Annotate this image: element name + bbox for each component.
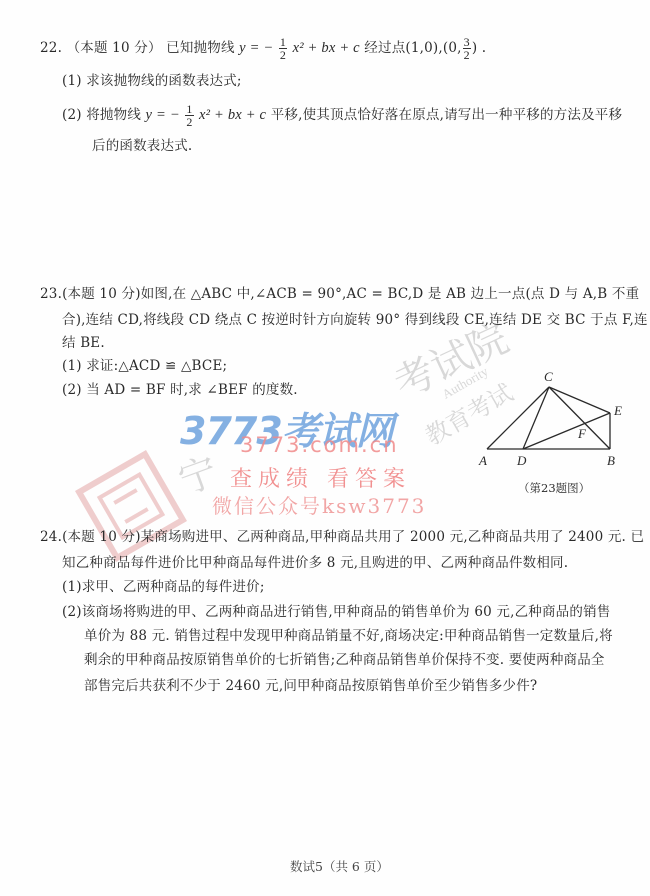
- q24-part-2-line-4: 部售完后共获利不少于 2460 元,问甲种商品按原销售单价至少销售多少件?: [84, 677, 537, 695]
- point-label-a: A: [478, 453, 487, 468]
- stem-text: 某商场购进甲、乙两种商品,甲种商品共用了 2000 元,乙种商品共用了 2400…: [141, 529, 645, 545]
- stem-text: 如图,在 △ABC 中,∠ACB = 90°,AC = BC,D 是 AB 边上…: [141, 286, 640, 302]
- part-text-suffix: 平移,使其顶点恰好落在原点,请写出一种平移的方法及平移: [271, 107, 622, 123]
- q22-point-fraction: 32: [463, 36, 471, 61]
- part-label: (2): [62, 382, 82, 398]
- q24-part-2-line-2: 单价为 88 元. 销售过程中发现甲种商品销量不好,商场决定:甲种商品销售一定数…: [84, 627, 613, 645]
- page-footer: 数试5（共 6 页）: [290, 857, 389, 875]
- part-text: 求该抛物线的函数表达式;: [86, 73, 241, 89]
- frac-den: 2: [463, 49, 471, 61]
- watermark-grey-ning: 宁: [170, 440, 225, 505]
- part-label: (1): [62, 73, 82, 89]
- point-label-d: D: [516, 453, 527, 468]
- frac-den: 2: [279, 49, 287, 61]
- q23-stem-line-2: 合),连结 CD,将线段 CD 绕点 C 按逆时针方向旋转 90° 得到线段 C…: [62, 311, 648, 329]
- part-fraction: 12: [185, 103, 193, 128]
- watermark-wechat: 微信公众号ksw3773: [212, 490, 426, 519]
- part-label: (2): [62, 604, 82, 620]
- q22-stem: 22. （本题 10 分） 已知抛物线 y = − 12 x² + bx + c…: [40, 36, 486, 61]
- q23-part-1: (1) 求证:△ACD ≌ △BCE;: [62, 357, 227, 375]
- q24-number: 24.: [40, 529, 62, 545]
- q22-stem-end: ) .: [472, 40, 486, 56]
- formula-lhs: y = −: [146, 107, 180, 123]
- part-text: 该商场将购进的甲、乙两种商品进行销售,甲种商品的销售单价为 60 元,乙种商品的…: [82, 604, 611, 620]
- watermark-logo: 3773考试网: [180, 400, 393, 455]
- q24-score: (本题 10 分): [62, 529, 141, 545]
- q24-part-2-line-1: (2)该商场将购进的甲、乙两种商品进行销售,甲种商品的销售单价为 60 元,乙种…: [62, 603, 610, 621]
- q22-part-1: (1) 求该抛物线的函数表达式;: [62, 72, 242, 90]
- part-label: (1): [62, 358, 82, 374]
- q22-score: （本题 10 分）: [67, 40, 162, 56]
- formula-rest: x² + bx + c: [199, 107, 266, 123]
- watermark-slogan: 查成绩 看答案: [230, 462, 411, 493]
- frac-den: 2: [185, 116, 193, 128]
- q22-stem-prefix: 已知抛物线: [166, 40, 235, 56]
- part-label: (2): [62, 107, 82, 123]
- q24-part-1: (1)求甲、乙两种商品的每件进价;: [62, 578, 265, 596]
- q23-number: 23.: [40, 286, 62, 302]
- q23-score: (本题 10 分): [62, 286, 141, 302]
- q24-stem-line-2: 知乙种商品每件进价比甲种商品每件进价多 8 元,且购进的甲、乙两种商品件数相同.: [62, 554, 568, 572]
- figure-caption: （第23题图）: [518, 480, 590, 496]
- point-label-b: B: [607, 453, 615, 468]
- part-text: 求证:△ACD ≌ △BCE;: [86, 358, 227, 374]
- q23-part-2: (2) 当 AD = BF 时,求 ∠BEF 的度数.: [62, 381, 298, 399]
- q22-fraction: 12: [279, 36, 287, 61]
- q22-formula-rest: x² + bx + c: [293, 40, 360, 56]
- q23-stem-line-3: 结 BE.: [62, 334, 105, 352]
- q22-formula-lhs: y = −: [239, 40, 273, 56]
- q22-number: 22.: [40, 40, 62, 56]
- q24-stem-line-1: 24.(本题 10 分)某商场购进甲、乙两种商品,甲种商品共用了 2000 元,…: [40, 528, 644, 546]
- part-text: 当 AD = BF 时,求 ∠BEF 的度数.: [86, 382, 298, 398]
- q22-part-2-continuation: 后的函数表达式.: [92, 137, 192, 155]
- part-label: (1): [62, 579, 82, 595]
- point-label-f: F: [577, 426, 587, 441]
- part-text: 求甲、乙两种商品的每件进价;: [82, 579, 265, 595]
- watermark-url: 3773.com.cn: [240, 433, 399, 457]
- q23-figure: C A D B E F: [470, 365, 640, 475]
- point-label-c: C: [544, 369, 553, 384]
- part-text-prefix: 将抛物线: [86, 107, 141, 123]
- q22-stem-mid: 经过点(1,0),(0,: [364, 40, 461, 56]
- q23-stem-line-1: 23.(本题 10 分)如图,在 △ABC 中,∠ACB = 90°,AC = …: [40, 285, 639, 303]
- q24-part-2-line-3: 剩余的甲种商品按原销售单价的七折销售;乙种商品销售单价保持不变. 要使两种商品全: [84, 651, 605, 669]
- q22-part-2: (2) 将抛物线 y = − 12 x² + bx + c 平移,使其顶点恰好落…: [62, 103, 622, 128]
- point-label-e: E: [613, 403, 622, 418]
